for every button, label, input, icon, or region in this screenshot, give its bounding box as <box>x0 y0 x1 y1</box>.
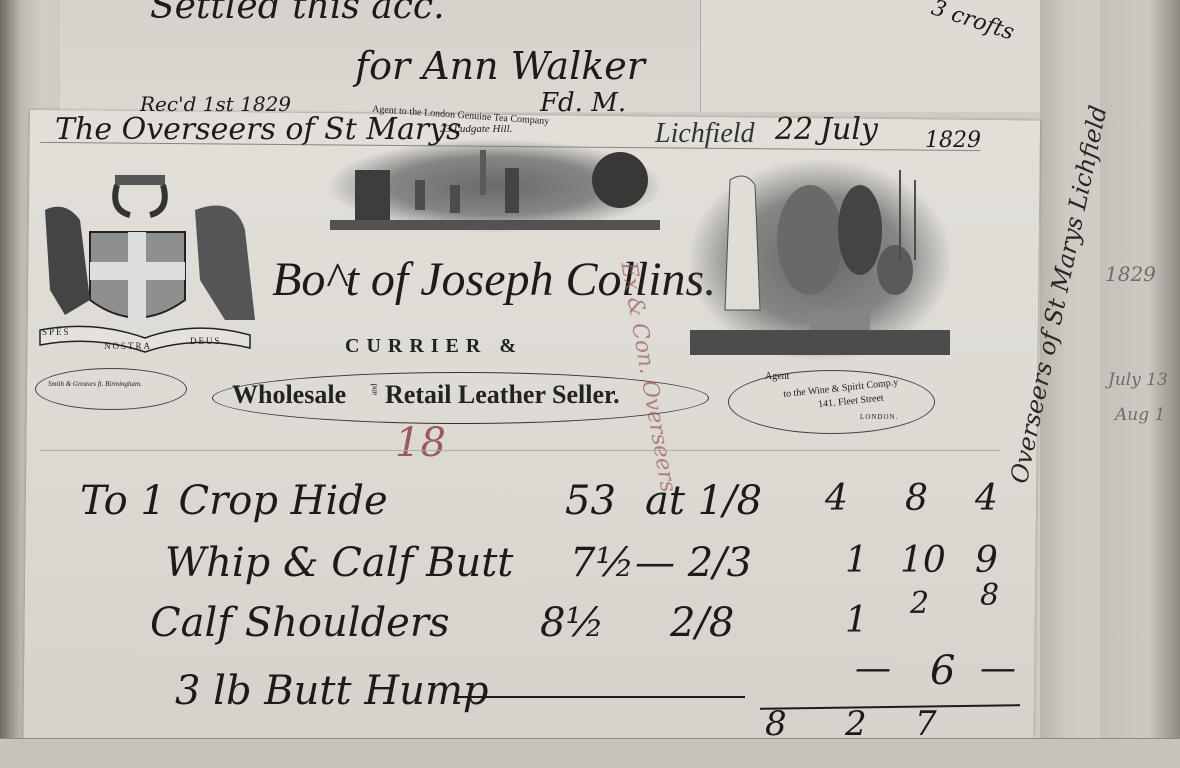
tea-agent-line2: 23 Ludgate Hill. <box>440 123 512 135</box>
motto-2: NOSTRA <box>104 341 152 351</box>
item-pounds: 4 <box>825 478 848 519</box>
trade-and: and <box>369 384 378 396</box>
trade-retail-leather-seller: Retail Leather Seller. <box>385 380 620 410</box>
bought-of-merchant: Bo^t of Joseph Collins. <box>272 252 716 307</box>
body-rule <box>40 450 1000 451</box>
item-pence: 9 <box>975 540 998 581</box>
item-shillings: 10 <box>900 540 946 581</box>
motto-3: DEUS <box>190 336 222 346</box>
date-day: 22 <box>775 112 813 147</box>
item-shillings: 6 <box>930 648 955 694</box>
item-description: 3 lb Butt Hump <box>175 668 488 714</box>
margin-date-1: July 13 <box>1108 370 1168 390</box>
wine-agent-line1: Agent <box>765 371 789 382</box>
trade-currier: CURRIER & <box>345 335 523 358</box>
settled-note: Settled this acc. <box>150 0 445 27</box>
dash-line <box>455 696 745 698</box>
trade-wholesale: Wholesale <box>232 380 346 410</box>
item-row: Whip & Calf Butt 7½ — 2/3 1 10 9 <box>165 540 1025 600</box>
tea-trade-vignette <box>330 140 660 232</box>
date-year: 1829 <box>925 128 981 153</box>
item-pence: 4 <box>975 478 998 519</box>
signature-ann-walker: for Ann Walker <box>355 44 645 88</box>
item-rate: at 1/8 <box>645 478 762 524</box>
item-description: To 1 Crop Hide <box>80 478 388 524</box>
item-pounds: 1 <box>845 600 868 641</box>
item-quantity: 53 <box>565 478 616 524</box>
item-quantity: 8½ <box>540 600 604 646</box>
engraver-oval <box>35 368 187 410</box>
item-rate: — 2/3 <box>635 540 752 586</box>
folded-note <box>700 0 1081 112</box>
item-description: Whip & Calf Butt <box>165 540 513 586</box>
wine-agent-line4: LONDON. <box>860 413 898 421</box>
item-pence: — <box>980 648 1016 689</box>
place: Lichfield <box>655 118 755 150</box>
next-page-edge <box>0 738 1180 768</box>
item-shillings: 8 <box>905 478 928 519</box>
item-quantity: 7½ <box>570 540 634 586</box>
item-pounds: — <box>855 648 891 689</box>
item-row: Calf Shoulders 8½ 2/8 1 2 8 <box>150 600 1030 660</box>
wine-trade-vignette <box>690 160 950 360</box>
item-pence: 8 <box>980 578 999 613</box>
tea-scene-icon <box>330 140 660 232</box>
wine-scene-icon <box>690 160 950 360</box>
date-month: July <box>820 112 878 147</box>
item-rate: 2/8 <box>670 600 734 646</box>
engraver-credit: Smith & Greaves ft. Birmingham. <box>48 380 142 388</box>
initials-note: Fd. M. <box>540 88 626 118</box>
red-folio-number: 18 <box>395 420 446 466</box>
margin-date-2: Aug 1 <box>1115 405 1165 425</box>
item-pounds: 1 <box>845 540 868 581</box>
margin-year: 1829 <box>1105 262 1156 286</box>
item-row: To 1 Crop Hide 53 at 1/8 4 8 4 <box>80 478 1020 538</box>
item-description: Calf Shoulders <box>150 600 450 646</box>
motto-1: SPES <box>42 327 71 337</box>
item-shillings: 2 <box>910 586 929 621</box>
